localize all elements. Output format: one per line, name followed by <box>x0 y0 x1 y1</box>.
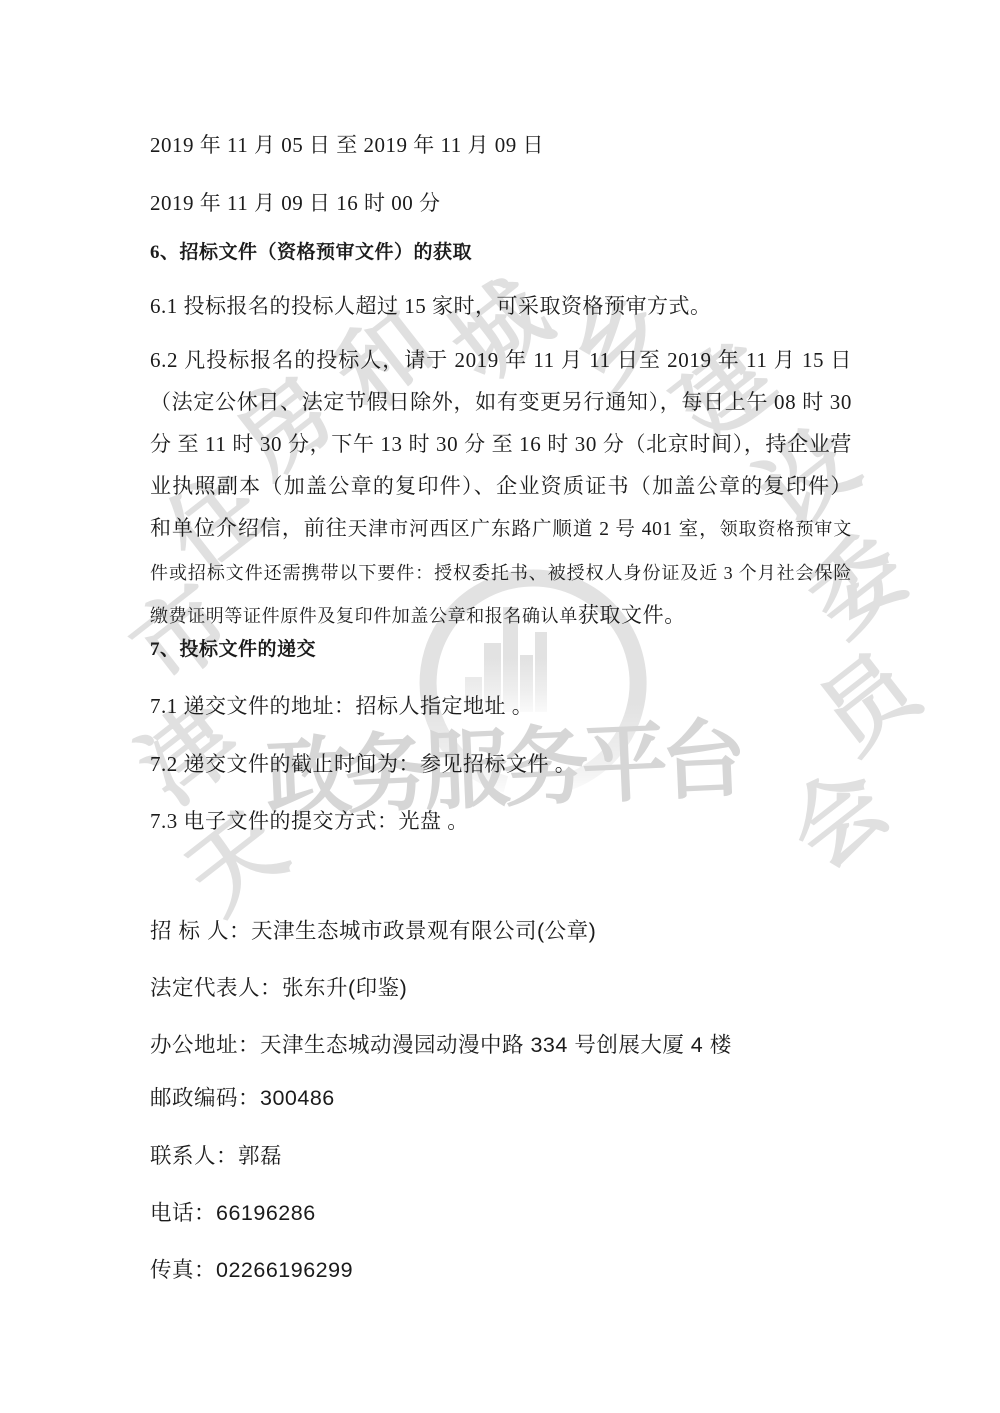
document-page: 天津市住房和城乡建设委员会 <box>0 0 1000 1413</box>
clause-6-2: 6.2 凡投标报名的投标人，请于 2019 年 11 月 11 日至 2019 … <box>150 339 852 637</box>
clause-7-1: 7.1 递交文件的地址：招标人指定地址 。 <box>150 693 533 719</box>
fax-line: 传真：02266196299 <box>150 1257 353 1283</box>
contact-person-line: 联系人：郭磊 <box>150 1143 282 1169</box>
section7-heading: 7、投标文件的递交 <box>150 638 316 662</box>
phone-line: 电话：66196286 <box>150 1200 316 1226</box>
sale-deadline-line: 2019 年 11 月 09 日 16 时 00 分 <box>150 190 440 216</box>
office-address-line: 办公地址：天津生态城动漫园动漫中路 334 号创展大厦 4 楼 <box>150 1032 732 1058</box>
sale-period-line: 2019 年 11 月 05 日 至 2019 年 11 月 09 日 <box>150 132 544 158</box>
clause-6-1: 6.1 投标报名的投标人超过 15 家时，可采取资格预审方式。 <box>150 293 712 319</box>
clause-6-2-part2: 天津市河西区广东路广顺道 2 号 401 室， <box>348 519 720 540</box>
clause-6-2-part1: 6.2 凡投标报名的投标人，请于 2019 年 11 月 11 日至 2019 … <box>150 348 852 540</box>
tenderer-line: 招 标 人：天津生态城市政景观有限公司(公章) <box>150 918 596 944</box>
legal-representative-line: 法定代表人：张东升(印鉴) <box>150 975 407 1001</box>
section6-heading: 6、招标文件（资格预审文件）的获取 <box>150 241 472 265</box>
clause-7-3: 7.3 电子文件的提交方式：光盘 。 <box>150 808 469 834</box>
clause-7-2: 7.2 递交文件的截止时间为：参见招标文件 。 <box>150 751 576 777</box>
document-content: 2019 年 11 月 05 日 至 2019 年 11 月 09 日 2019… <box>0 0 1000 1413</box>
clause-6-2-part4: 获取文件。 <box>578 603 686 627</box>
postal-code-line: 邮政编码：300486 <box>150 1085 335 1111</box>
